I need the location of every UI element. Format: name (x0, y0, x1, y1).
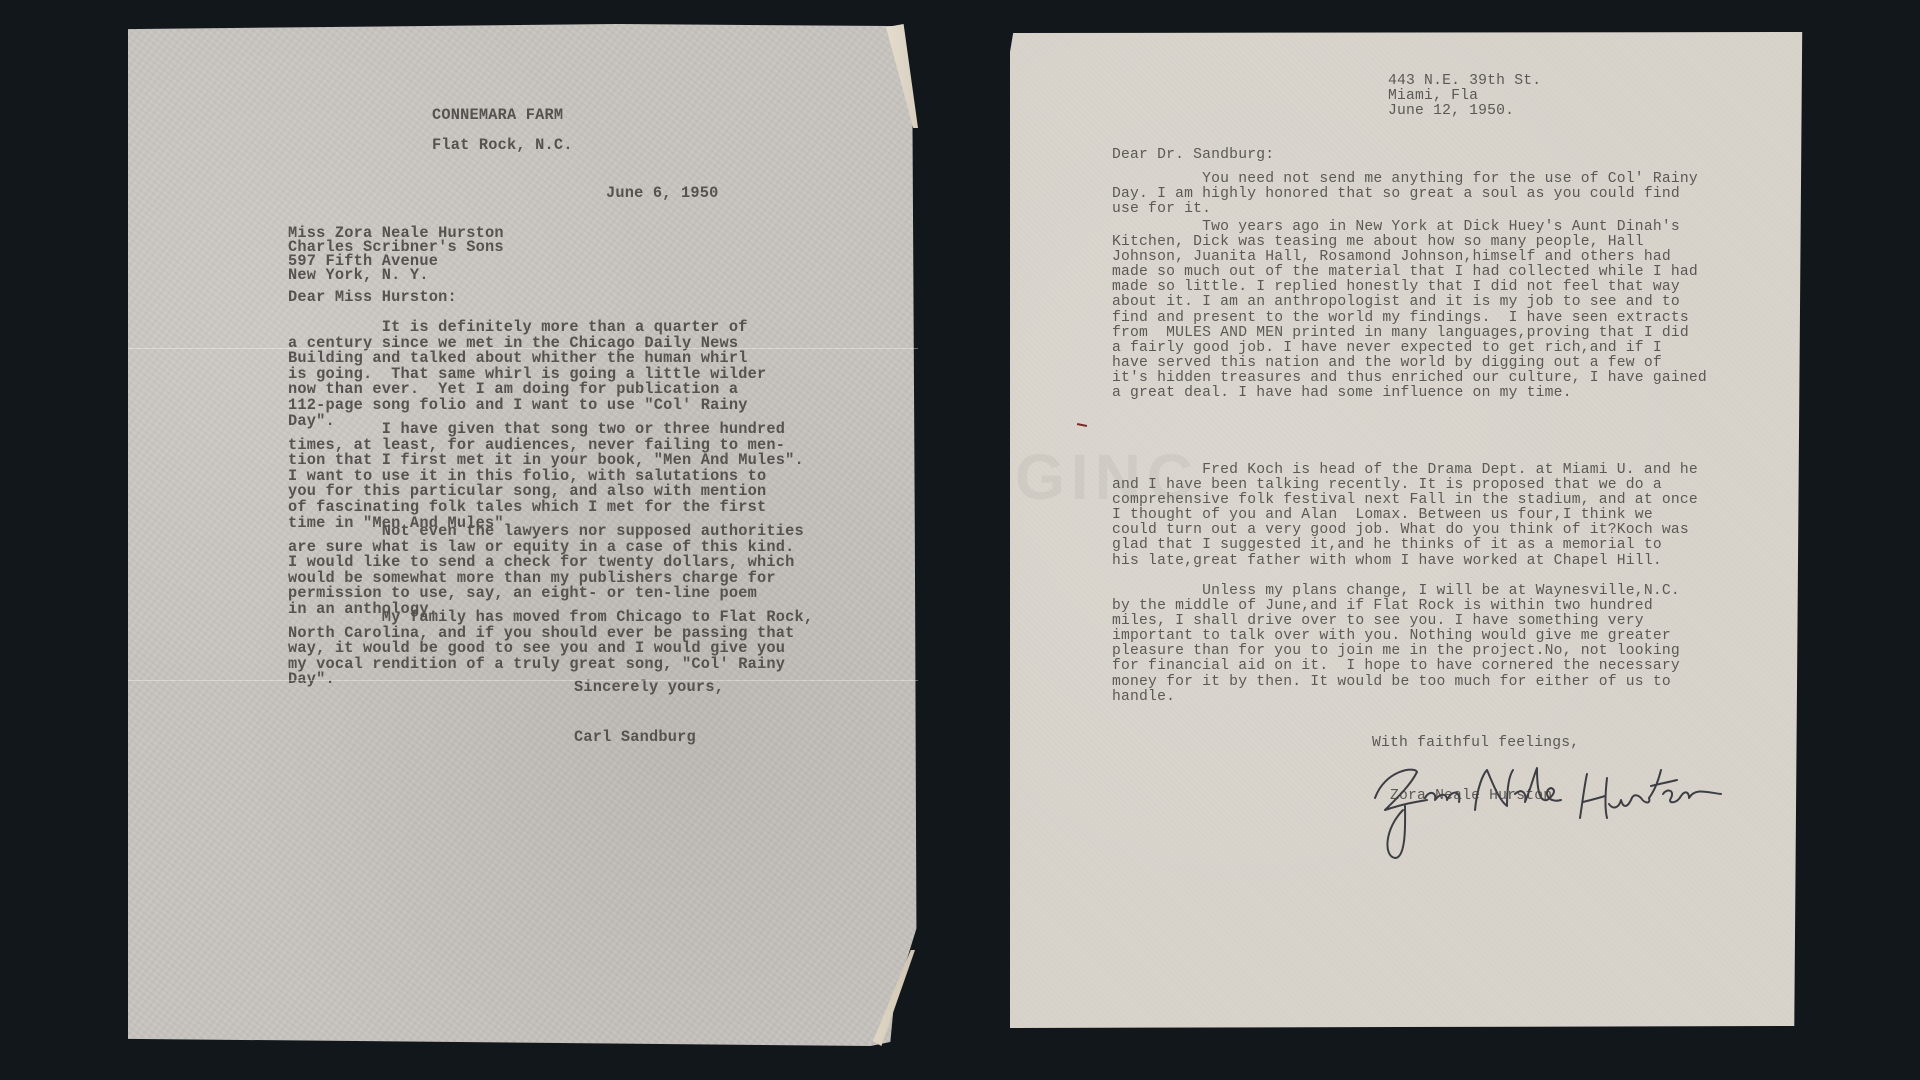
paper-crease (128, 348, 918, 349)
address-line: 443 N.E. 39th St. (1388, 74, 1541, 89)
typed-signature: Carl Sandburg (574, 730, 696, 746)
recipient-line: New York, N. Y. (288, 268, 429, 284)
paper-crease (128, 680, 918, 681)
letter-date: June 6, 1950 (606, 186, 719, 202)
closing: Sincerely yours, (574, 680, 724, 696)
letter-paragraph: Not even the lawyers nor supposed author… (288, 524, 804, 618)
letter-paragraph: You need not send me anything for the us… (1112, 172, 1698, 217)
letter-paragraph: It is definitely more than a quarter of … (288, 320, 766, 429)
letterhead-farm-name: CONNEMARA FARM (432, 108, 563, 124)
letter-paragraph: My family has moved from Chicago to Flat… (288, 610, 813, 688)
letter-paragraph: I have given that song two or three hund… (288, 422, 804, 531)
salutation: Dear Dr. Sandburg: (1112, 148, 1274, 163)
letter-paragraph: Two years ago in New York at Dick Huey's… (1112, 220, 1707, 401)
letter-paragraph: Unless my plans change, I will be at Way… (1112, 584, 1680, 705)
letter-date: June 12, 1950. (1388, 104, 1514, 119)
letterhead-location: Flat Rock, N.C. (432, 138, 573, 154)
left-letter-page: CONNEMARA FARM Flat Rock, N.C. June 6, 1… (128, 24, 918, 1046)
paper-watermark: GINC (1015, 440, 1295, 550)
handwritten-signature (1355, 748, 1725, 863)
address-line: Miami, Fla (1388, 89, 1478, 104)
salutation: Dear Miss Hurston: (288, 290, 457, 306)
